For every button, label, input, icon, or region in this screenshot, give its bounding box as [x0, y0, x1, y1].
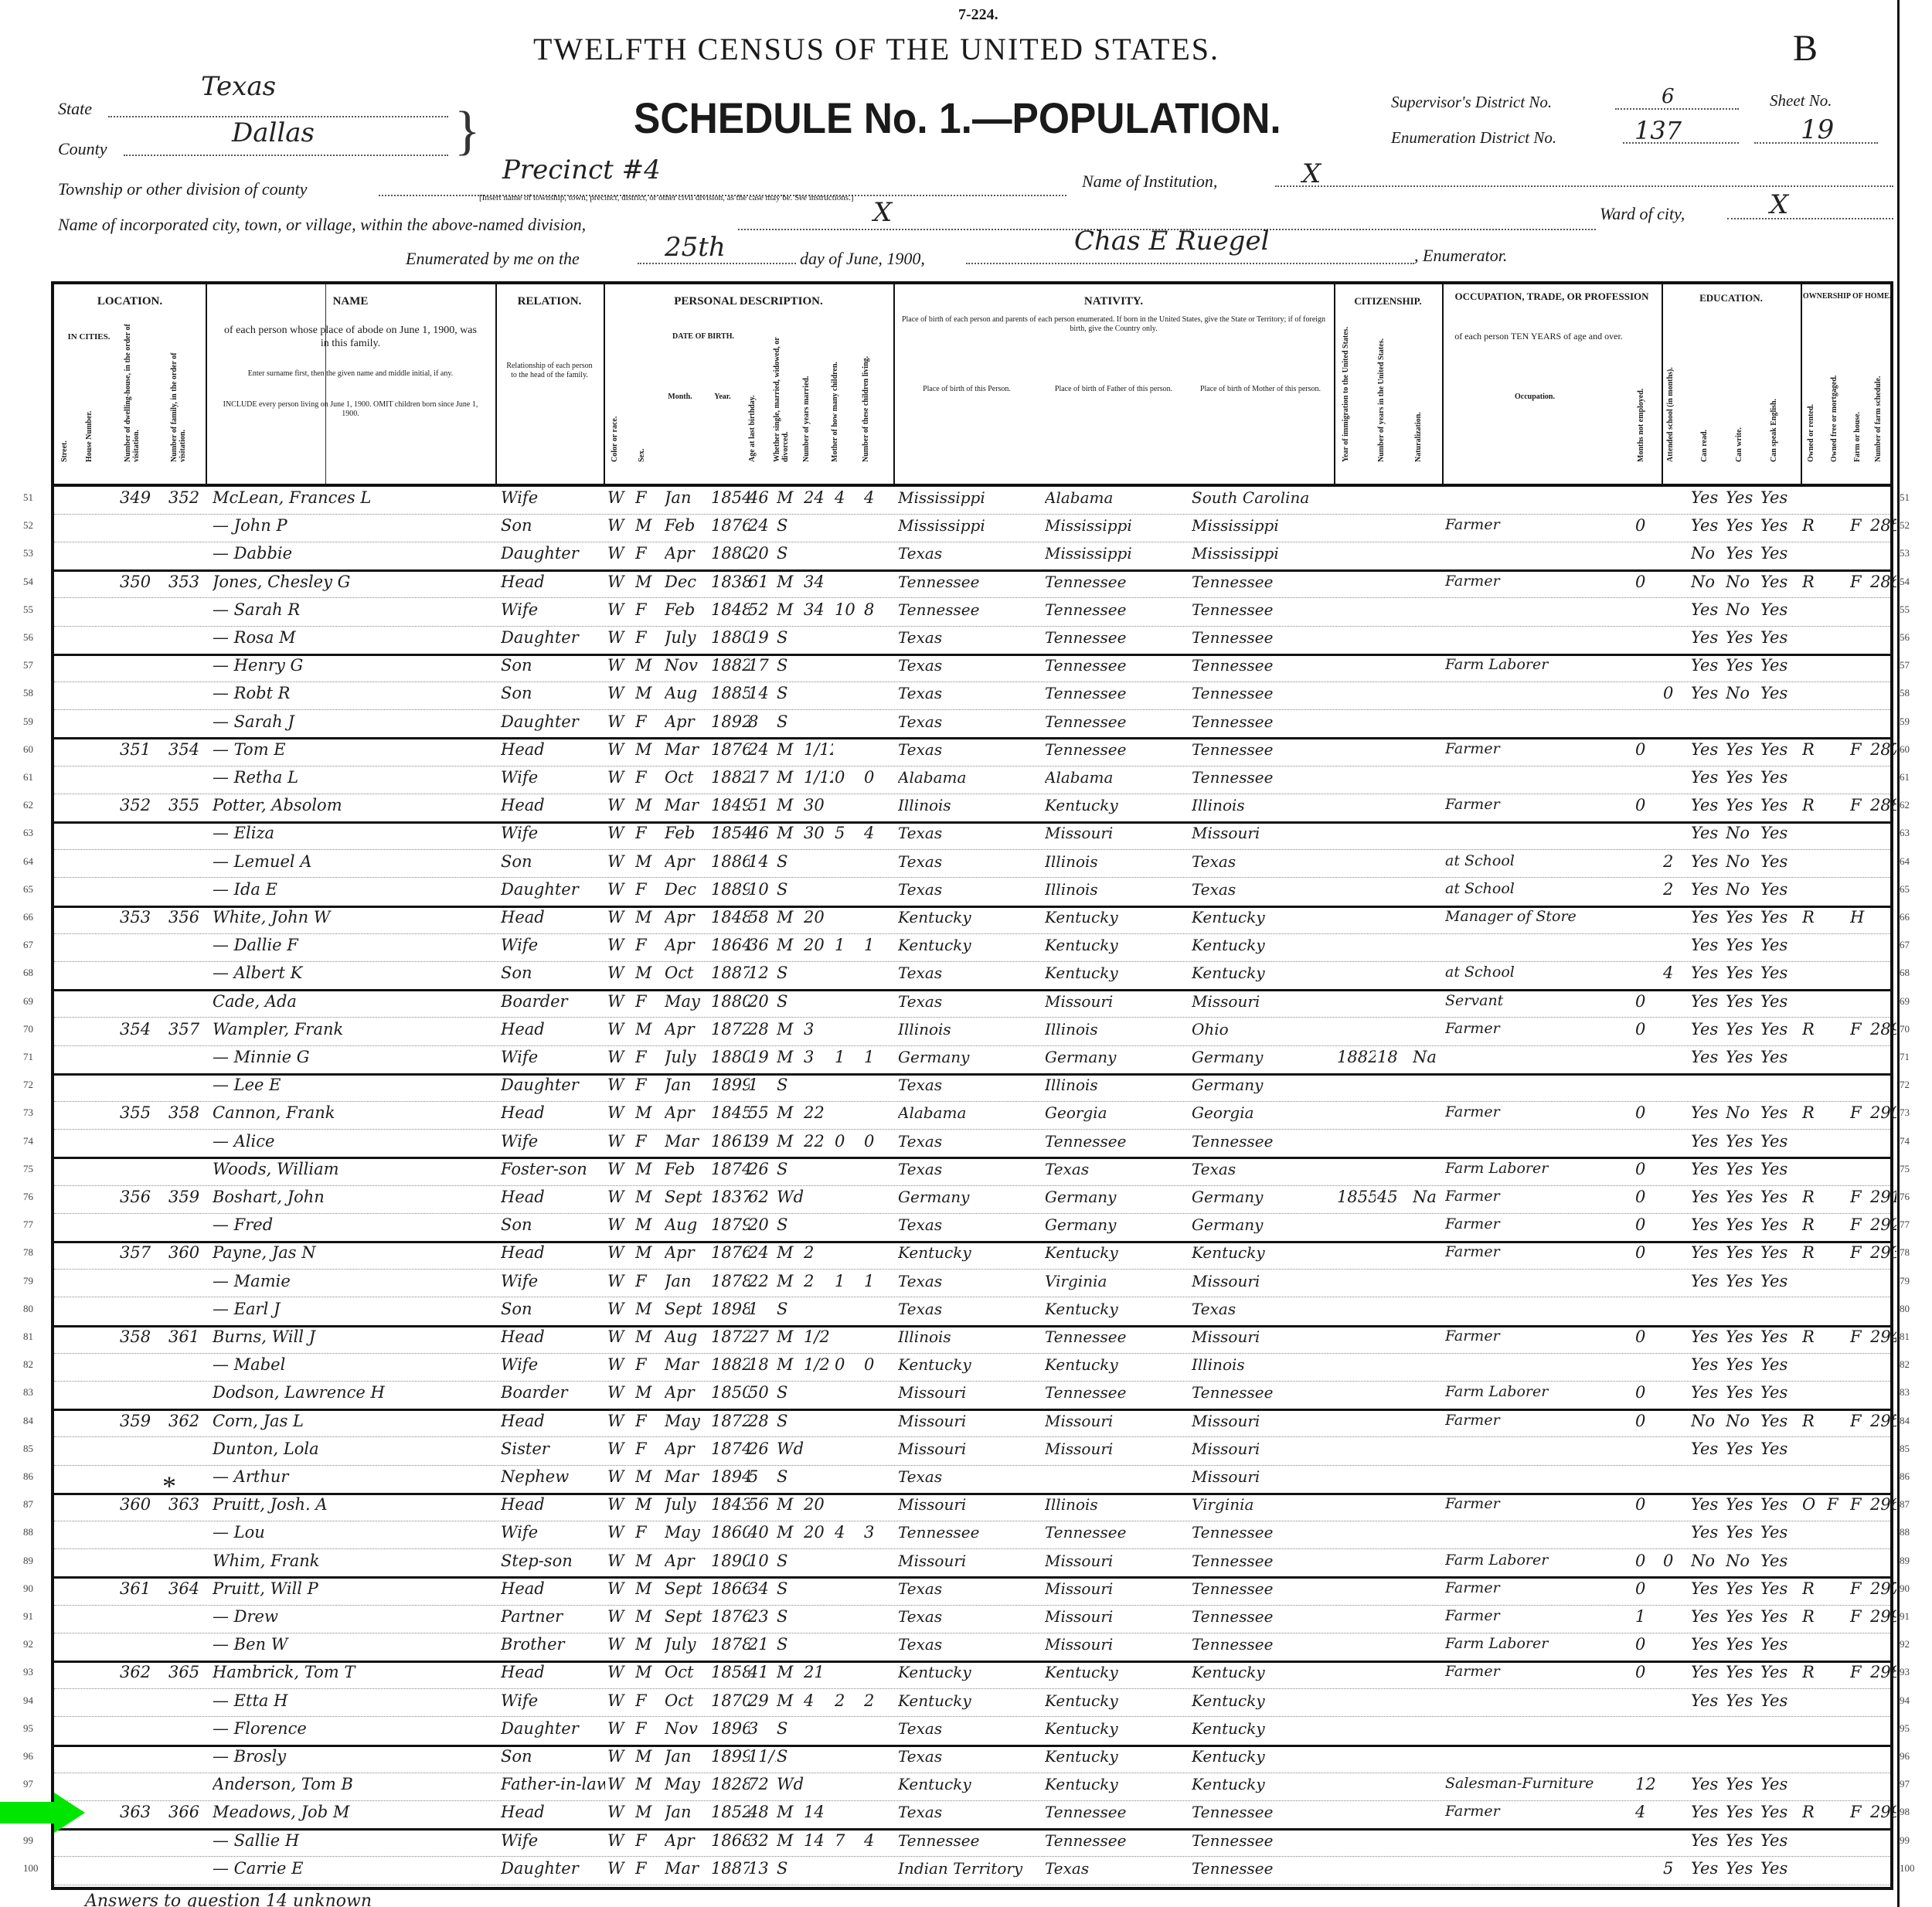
cell-read: No — [1691, 1552, 1726, 1570]
cell-month: July — [665, 1635, 711, 1654]
cell-name: — Alice — [213, 1132, 498, 1151]
cell-name: — Sarah J — [213, 712, 498, 731]
cell-relation: Nephew — [501, 1467, 605, 1486]
cell-color: W — [607, 1859, 631, 1878]
line-number: 62 — [23, 799, 33, 811]
cell-month: Aug — [665, 684, 711, 702]
cell-pob-father: Kentucky — [1045, 964, 1188, 982]
cell-month: July — [665, 1495, 711, 1514]
cell-living: 8 — [864, 600, 891, 619]
cell-color: W — [607, 1076, 631, 1094]
table-row: 358361Burns, Will JHeadWMAug187227M1/2Il… — [54, 1326, 1890, 1354]
cell-month: Apr — [665, 1243, 711, 1262]
cell-pob: Texas — [898, 712, 1041, 731]
table-row: — Dallie FWifeWFApr186436M2011KentuckyKe… — [54, 934, 1890, 962]
cell-occupation: Farmer — [1445, 516, 1631, 533]
sheet-value: 19 — [1801, 114, 1834, 145]
cell-pob-mother: Kentucky — [1192, 1719, 1335, 1738]
state-label: State — [58, 99, 92, 119]
cell-pob-mother: Missouri — [1192, 1327, 1335, 1346]
cell-mother-of: 10 — [835, 600, 862, 619]
cell-pob: Texas — [898, 852, 1041, 871]
cell-pob-mother: Missouri — [1192, 1272, 1335, 1290]
line-number: 87 — [1900, 1498, 1910, 1511]
cell-sex: F — [635, 712, 662, 731]
cell-month: Apr — [665, 908, 711, 926]
cell-mother-of: 1 — [835, 936, 862, 954]
cell-name: — Rosa M — [213, 628, 498, 647]
cell-english: Yes — [1760, 1327, 1798, 1346]
line-number: 60 — [1900, 743, 1910, 756]
cell-color: W — [607, 1523, 631, 1542]
cell-year: 1828 — [711, 1775, 750, 1793]
cell-yrs-us: 45 — [1377, 1188, 1412, 1206]
cell-read: Yes — [1691, 1635, 1726, 1654]
cell-color: W — [607, 1663, 631, 1681]
cell-relation: Daughter — [501, 544, 605, 563]
line-number: 63 — [1900, 827, 1910, 839]
cell-pob-father: Missouri — [1045, 1607, 1188, 1626]
cell-year: 1887 — [711, 1859, 750, 1878]
cell-color: W — [607, 824, 631, 842]
cell-yrs-married: 2 — [804, 1243, 833, 1262]
cell-pob: Texas — [898, 628, 1041, 647]
cell-english: Yes — [1760, 1188, 1798, 1206]
cell-relation: Wife — [501, 1355, 605, 1374]
cell-sex: F — [635, 824, 662, 842]
cell-year: 1876 — [711, 1243, 750, 1262]
cell-age: 50 — [748, 1383, 776, 1402]
occupation-group — [1442, 284, 1663, 484]
cell-occupation: Farmer — [1445, 1579, 1631, 1596]
cell-name: Corn, Jas L — [213, 1412, 498, 1430]
line-number: 64 — [1900, 855, 1910, 868]
cell-farm: F — [1850, 1188, 1872, 1206]
cell-living: 1 — [864, 936, 891, 954]
table-row: — Lee EDaughterWFJan18991STexasIllinoisG… — [54, 1074, 1890, 1102]
cell-read: Yes — [1691, 1048, 1726, 1066]
cell-pob: Missouri — [898, 1383, 1041, 1402]
cell-mother-of: 2 — [835, 1691, 862, 1710]
cell-name: — Dallie F — [213, 936, 498, 954]
cell-color: W — [607, 768, 631, 787]
cell-family: 354 — [168, 740, 211, 759]
cell-english: Yes — [1760, 1160, 1798, 1178]
cell-english: Yes — [1760, 1048, 1798, 1066]
cell-family: 356 — [168, 908, 211, 926]
cell-color: W — [607, 1495, 631, 1514]
cell-farm: F — [1850, 1579, 1872, 1598]
cell-occupation: Farmer — [1445, 573, 1631, 590]
cell-name: Cannon, Frank — [213, 1103, 498, 1122]
line-number: 89 — [23, 1555, 33, 1567]
cell-schedule: 290 — [1870, 1103, 1896, 1122]
cell-marital: S — [777, 1719, 804, 1738]
table-row: — Etta HWifeWFOct187029M422KentuckyKentu… — [54, 1690, 1890, 1718]
cell-sex: F — [635, 1132, 662, 1151]
line-number: 66 — [1900, 911, 1910, 923]
cell-marital: S — [777, 1747, 804, 1766]
cell-yrs-married: 1/12 — [804, 740, 833, 759]
cell-year: 1870 — [711, 1691, 750, 1710]
line-number: 96 — [1900, 1750, 1910, 1763]
cell-name: Dunton, Lola — [213, 1440, 498, 1458]
line-number: 61 — [23, 771, 33, 784]
cell-family: 362 — [168, 1412, 211, 1430]
cell-english: Yes — [1760, 936, 1798, 954]
cell-occupation: Manager of Store — [1445, 908, 1631, 925]
line-number: 72 — [1900, 1079, 1910, 1091]
cell-marital: S — [777, 1635, 804, 1654]
cell-marital: S — [777, 1215, 804, 1234]
cell-schedule: 296 — [1870, 1495, 1896, 1514]
cell-color: W — [607, 1552, 631, 1570]
cell-english: Yes — [1760, 1831, 1798, 1850]
table-row: — FredSonWMAug187920STexasGermanyGermany… — [54, 1214, 1890, 1243]
cell-age: 24 — [748, 516, 776, 535]
cell-age: 51 — [748, 796, 776, 814]
cell-english: Yes — [1760, 628, 1798, 647]
cell-age: 17 — [748, 656, 776, 675]
cell-pob-father: Kentucky — [1045, 1663, 1188, 1681]
cell-marital: S — [777, 1300, 804, 1318]
cell-pob: Kentucky — [898, 1355, 1041, 1374]
cell-sex: F — [635, 488, 662, 507]
cell-sex: M — [635, 1103, 662, 1122]
cell-relation: Head — [501, 1663, 605, 1681]
relation-heading: RELATION. — [495, 295, 604, 308]
cell-year: 1878 — [711, 1272, 750, 1290]
cell-pob-mother: Germany — [1192, 1188, 1335, 1206]
line-number: 72 — [23, 1079, 33, 1091]
cell-pob-father: Tennessee — [1045, 1132, 1188, 1151]
ward-line — [1727, 218, 1893, 219]
cell-color: W — [607, 1300, 631, 1318]
cell-write: Yes — [1726, 1327, 1760, 1346]
cell-month: Mar — [665, 1859, 711, 1878]
cell-name: — Lee E — [213, 1076, 498, 1094]
cell-pob-father: Alabama — [1045, 768, 1188, 787]
cell-age: 56 — [748, 1495, 776, 1514]
line-number: 82 — [1900, 1358, 1910, 1371]
supervisor-label: Supervisor's District No. — [1391, 93, 1552, 112]
margin-asterisk: * — [162, 1470, 176, 1502]
occupation-description: of each person TEN YEARS of age and over… — [1450, 331, 1628, 342]
cell-pob: Illinois — [898, 1327, 1041, 1346]
cell-read: Yes — [1691, 908, 1726, 926]
city-label: Name of incorporated city, town, or vill… — [58, 215, 586, 235]
marital-heading: Whether single, married, widowed, or div… — [773, 323, 790, 462]
cell-marital: S — [777, 1859, 804, 1878]
cell-write: Yes — [1726, 936, 1760, 954]
cell-yrs-married: 20 — [804, 936, 833, 954]
cell-unemployed: 0 — [1635, 1663, 1660, 1681]
cell-living: 4 — [864, 1831, 891, 1850]
cell-occupation: at School — [1445, 852, 1631, 869]
cell-sex: M — [635, 1552, 662, 1570]
cell-pob-mother: Tennessee — [1192, 600, 1335, 619]
cell-pob-mother: Missouri — [1192, 1412, 1335, 1430]
enumerated-suffix: day of June, 1900, — [800, 249, 925, 269]
cell-unemployed: 0 — [1635, 1412, 1660, 1430]
cell-sex: F — [635, 1076, 662, 1094]
cell-mother-of: 4 — [835, 488, 862, 507]
cell-occupation: Farmer — [1445, 1103, 1631, 1120]
cell-marital: S — [777, 544, 804, 563]
cell-pob-father: Germany — [1045, 1188, 1188, 1206]
cell-read: No — [1691, 573, 1726, 591]
cell-marital: S — [777, 1383, 804, 1402]
line-number: 97 — [23, 1778, 33, 1790]
cell-sex: M — [635, 656, 662, 675]
cell-occupation: at School — [1445, 964, 1631, 981]
cell-write: Yes — [1726, 1691, 1760, 1710]
cell-pob-father: Tennessee — [1045, 1523, 1188, 1542]
cell-month: Apr — [665, 1103, 711, 1122]
table-row: — Minnie GWifeWFJuly188019M311GermanyGer… — [54, 1046, 1890, 1076]
line-number: 100 — [23, 1862, 39, 1875]
line-number: 80 — [23, 1303, 33, 1315]
cell-color: W — [607, 1383, 631, 1402]
cell-write: Yes — [1726, 1440, 1760, 1458]
cell-pob-mother: Kentucky — [1192, 1663, 1335, 1681]
cell-nat: Na — [1413, 1048, 1440, 1066]
cell-write: Yes — [1726, 1607, 1760, 1626]
cell-family: 359 — [168, 1188, 211, 1206]
cell-relation: Father-in-law — [501, 1775, 605, 1793]
cell-year: 1852 — [711, 1803, 750, 1821]
table-header: LOCATION. IN CITIES. NAME of each person… — [54, 284, 1890, 487]
line-number: 90 — [23, 1582, 33, 1595]
cell-sex: F — [635, 1831, 662, 1850]
line-number: 75 — [1900, 1163, 1910, 1175]
cell-english: Yes — [1760, 1579, 1798, 1598]
cell-pob-mother: Tennessee — [1192, 768, 1335, 787]
cell-month: Jan — [665, 1747, 711, 1766]
cell-color: W — [607, 1243, 631, 1262]
cell-occupation: Farmer — [1445, 1803, 1631, 1820]
line-number: 69 — [1900, 995, 1910, 1008]
cell-dwelling: 356 — [120, 1188, 166, 1206]
cell-schedule: 289 — [1870, 1020, 1896, 1038]
cell-age: 46 — [748, 824, 776, 842]
cell-color: W — [607, 1440, 631, 1458]
cell-year: 1872 — [711, 1020, 750, 1038]
line-number: 79 — [1900, 1275, 1910, 1287]
cell-write: Yes — [1726, 656, 1760, 675]
cell-relation: Son — [501, 1300, 605, 1318]
cell-year: 1880 — [711, 992, 750, 1011]
cell-pob-father: Tennessee — [1045, 684, 1188, 702]
cell-age: 62 — [748, 1188, 776, 1206]
cell-pob-mother: Illinois — [1192, 796, 1335, 814]
cell-relation: Brother — [501, 1635, 605, 1654]
cell-relation: Partner — [501, 1607, 605, 1626]
cell-month: Mar — [665, 740, 711, 759]
cell-write: No — [1726, 880, 1760, 899]
attended-school-heading: Attended school (in months). — [1666, 323, 1675, 462]
cell-yrs-married: 14 — [804, 1803, 833, 1821]
table-row: — Ida EDaughterWFDec188910STexasIllinois… — [54, 879, 1890, 908]
house-heading: House Number. — [85, 377, 94, 462]
sheet-label: Sheet No. — [1770, 91, 1832, 110]
census-title: TWELFTH CENSUS OF THE UNITED STATES. — [533, 31, 1219, 67]
cell-owned: R — [1802, 573, 1825, 591]
cell-english: Yes — [1760, 1607, 1798, 1626]
cell-name: — Brosly — [213, 1747, 498, 1766]
line-number: 59 — [1900, 716, 1910, 728]
cell-year: 1882 — [711, 656, 750, 675]
cell-pob: Texas — [898, 1719, 1041, 1738]
cell-name: Payne, Jas N — [213, 1243, 498, 1262]
cell-pob-father: Illinois — [1045, 880, 1188, 899]
cell-family: 366 — [168, 1803, 211, 1821]
cell-farm: F — [1850, 573, 1872, 591]
cell-pob: Tennessee — [898, 573, 1041, 591]
cell-occupation: Farmer — [1445, 1663, 1631, 1680]
cell-english: Yes — [1760, 1383, 1798, 1402]
cell-mother-of: 1 — [835, 1048, 862, 1066]
cell-living: 1 — [864, 1048, 891, 1066]
cell-age: 20 — [748, 992, 776, 1011]
cell-read: Yes — [1691, 1663, 1726, 1681]
cell-month: Apr — [665, 544, 711, 563]
cell-pob-mother: Georgia — [1192, 1103, 1335, 1122]
line-number: 86 — [23, 1470, 33, 1483]
cell-farm: F — [1850, 1803, 1872, 1821]
cell-dwelling: 355 — [120, 1103, 166, 1122]
line-number: 97 — [1900, 1778, 1910, 1790]
line-number: 81 — [1900, 1331, 1910, 1343]
cell-month: Mar — [665, 1355, 711, 1374]
name-include: INCLUDE every person living on June 1, 1… — [221, 400, 480, 419]
cell-name: — Retha L — [213, 768, 498, 787]
cell-pob: Indian Territory — [898, 1859, 1041, 1878]
cell-pob: Kentucky — [898, 1243, 1041, 1262]
line-number: 61 — [1900, 771, 1910, 784]
brace: } — [454, 100, 481, 162]
cell-english: Yes — [1760, 1663, 1798, 1681]
can-write-heading: Can write. — [1735, 377, 1743, 462]
cell-year: 1899 — [711, 1747, 750, 1766]
cell-family: 365 — [168, 1663, 211, 1681]
city-value: X — [873, 197, 892, 228]
cell-relation: Son — [501, 964, 605, 982]
cell-read: Yes — [1691, 1215, 1726, 1234]
cell-sex: M — [635, 1243, 662, 1262]
cell-yrs-married: 34 — [804, 600, 833, 619]
cell-mother-of: 0 — [835, 1355, 862, 1374]
line-number: 55 — [1900, 603, 1910, 616]
table-row: — MamieWifeWFJan187822M211TexasVirginiaM… — [54, 1270, 1890, 1298]
supervisor-value: 6 — [1662, 85, 1675, 108]
cell-relation: Head — [501, 1327, 605, 1346]
name-instruction: Enter surname first, then the given name… — [221, 369, 480, 379]
cell-name: — Ida E — [213, 880, 498, 899]
cell-pob: Alabama — [898, 1103, 1041, 1122]
cell-unemployed: 0 — [1635, 573, 1660, 591]
cell-yrs-married: 14 — [804, 1831, 833, 1850]
enumerator-name: Chas E Ruegel — [1074, 226, 1269, 257]
cell-sex: M — [635, 740, 662, 759]
cell-unemployed: 0 — [1635, 992, 1660, 1011]
cell-unemployed: 12 — [1635, 1775, 1660, 1793]
dwelling-heading: Number of dwelling-house, in the order o… — [124, 323, 141, 462]
cell-write: Yes — [1726, 1272, 1760, 1290]
cell-occupation: Farmer — [1445, 1020, 1631, 1037]
table-row: — DrewPartnerWMSept187623STexasMissouriT… — [54, 1606, 1890, 1633]
cell-color: W — [607, 740, 631, 759]
cell-pob: Texas — [898, 544, 1041, 563]
cell-pob: Texas — [898, 824, 1041, 842]
cell-name: Boshart, John — [213, 1188, 498, 1206]
table-row: — Earl JSonWMSept18981STexasKentuckyTexa… — [54, 1298, 1890, 1327]
cell-write: Yes — [1726, 1243, 1760, 1262]
cell-read: Yes — [1691, 1440, 1726, 1458]
table-row: — Rosa MDaughterWFJuly188019STexasTennes… — [54, 627, 1890, 656]
cell-age: 26 — [748, 1160, 776, 1178]
cell-year: 1882 — [711, 768, 750, 787]
cell-year: 1849 — [711, 796, 750, 814]
cell-occupation: Farmer — [1445, 1327, 1631, 1344]
cell-year: 1848 — [711, 908, 750, 926]
cell-year: 1876 — [711, 740, 750, 759]
table-row: 359362Corn, Jas LHeadWFMay187228SMissour… — [54, 1410, 1890, 1438]
cell-unemployed: 0 — [1635, 1243, 1660, 1262]
cell-month: Oct — [665, 1691, 711, 1710]
can-read-heading: Can read. — [1700, 377, 1709, 462]
cell-age: 18 — [748, 1355, 776, 1374]
cell-pob: Texas — [898, 1467, 1041, 1486]
line-number: 84 — [23, 1415, 33, 1427]
cell-unemployed: 1 — [1635, 1607, 1660, 1626]
cell-write: Yes — [1726, 544, 1760, 563]
cell-name: — Minnie G — [213, 1048, 498, 1066]
cell-mother-of: 0 — [835, 1132, 862, 1151]
cell-name: — Arthur — [213, 1467, 498, 1486]
line-number: 74 — [1900, 1135, 1910, 1147]
cell-marital: M — [777, 600, 804, 619]
cell-pob-father: Tennessee — [1045, 740, 1188, 759]
cell-color: W — [607, 1747, 631, 1766]
cell-age: 46 — [748, 488, 776, 507]
table-row: — Lemuel ASonWMApr188614STexasIllinoisTe… — [54, 851, 1890, 879]
cell-year: 1860 — [711, 1523, 750, 1542]
cell-pob-father: Kentucky — [1045, 1775, 1188, 1793]
cell-sex: M — [635, 1020, 662, 1038]
cell-month: May — [665, 1412, 711, 1430]
cell-name: Wampler, Frank — [213, 1020, 498, 1038]
cell-relation: Son — [501, 852, 605, 871]
cell-owned: R — [1802, 1243, 1825, 1262]
education-heading: EDUCATION. — [1662, 292, 1801, 304]
cell-schedule: 288 — [1870, 796, 1896, 814]
table-row: 355358Cannon, FrankHeadWMApr184555M22Ala… — [54, 1102, 1890, 1130]
cell-marital: S — [777, 1076, 804, 1094]
cell-schedule: 294 — [1870, 1327, 1896, 1346]
cell-unemployed: 0 — [1635, 1160, 1660, 1178]
cell-color: W — [607, 544, 631, 563]
cell-month: Apr — [665, 1020, 711, 1038]
cell-marital: S — [777, 1412, 804, 1430]
cell-yrs-married: 30 — [804, 824, 833, 842]
cell-relation: Boarder — [501, 992, 605, 1011]
cell-pob-mother: Texas — [1192, 1160, 1335, 1178]
table-row: — Henry GSonWMNov188217STexasTennesseeTe… — [54, 654, 1890, 682]
cell-english: Yes — [1760, 573, 1798, 591]
line-number: 90 — [1900, 1582, 1910, 1595]
cell-pob-mother: Tennessee — [1192, 1383, 1335, 1402]
